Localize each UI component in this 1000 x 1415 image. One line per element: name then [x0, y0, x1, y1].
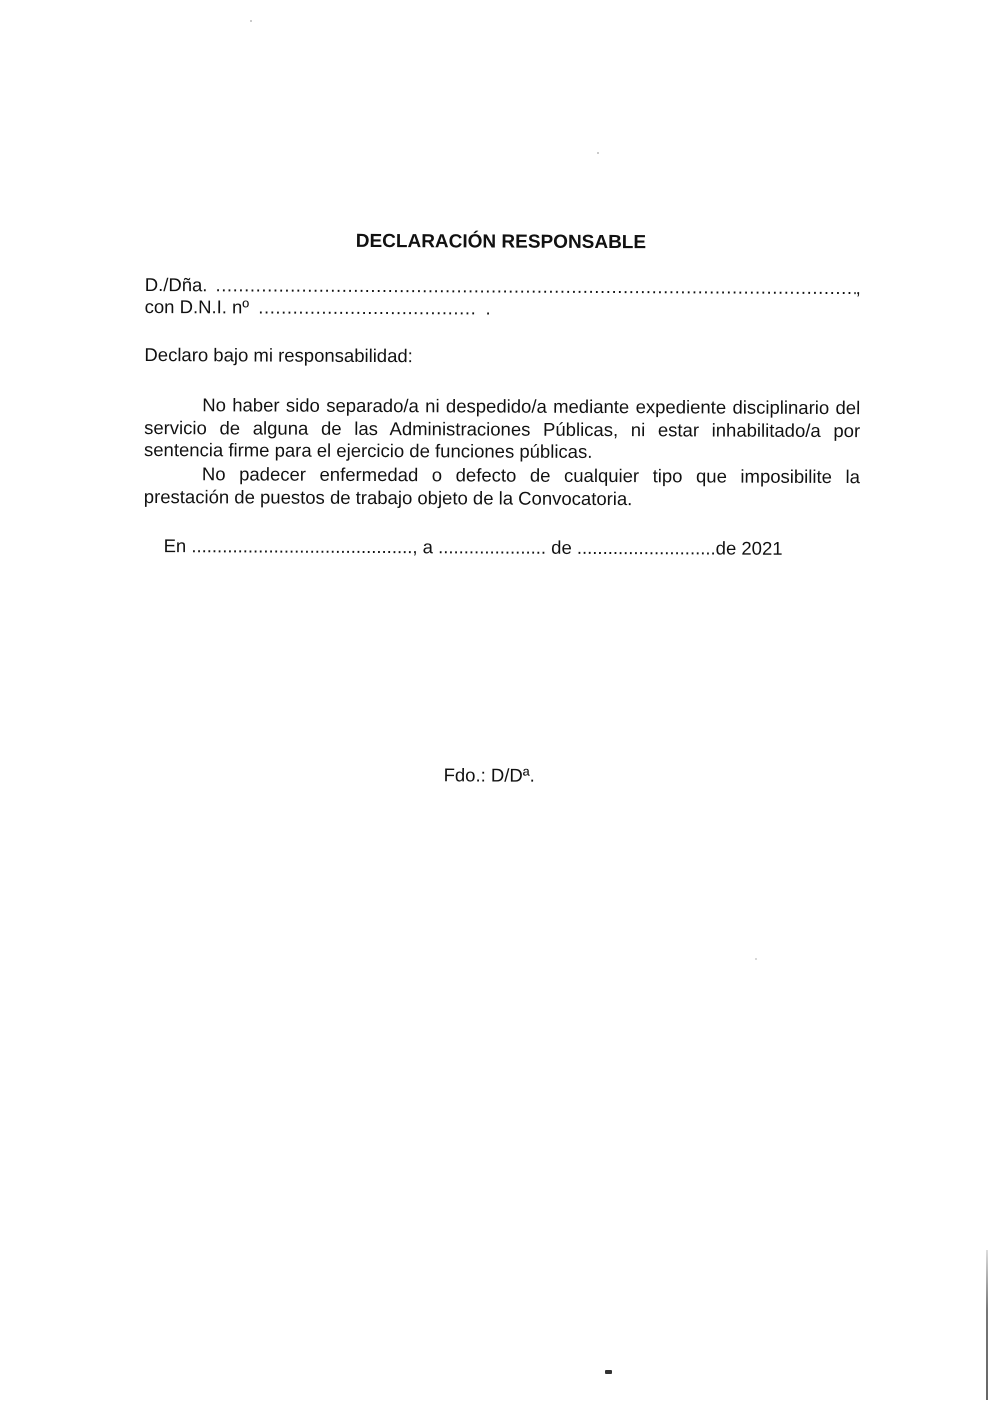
- name-end: ,: [856, 277, 861, 299]
- declaration-paragraph-1: No haber sido separado/a ni despedido/a …: [144, 394, 860, 465]
- place-date-line[interactable]: En .....................................…: [164, 535, 783, 560]
- document-body: DECLARACIÓN RESPONSABLE D./Dña. ........…: [146, 0, 862, 3]
- declaration-intro: Declaro bajo mi responsabilidad:: [144, 344, 412, 367]
- signature-line: Fdo.: D/Dª.: [444, 764, 535, 786]
- declaration-paragraph-2: No padecer enfermedad o defecto de cualq…: [144, 463, 860, 511]
- dni-end: .: [485, 297, 490, 318]
- scan-mark: [605, 1370, 612, 1374]
- dni-blank[interactable]: ......................................: [258, 296, 476, 318]
- name-label: D./Dña.: [145, 274, 208, 296]
- scan-speck: [250, 20, 252, 22]
- name-blank[interactable]: ........................................…: [215, 274, 855, 299]
- scan-speck: [597, 152, 599, 154]
- document-title: DECLARACIÓN RESPONSABLE: [143, 230, 859, 255]
- dni-label: con D.N.I. nº: [145, 296, 250, 317]
- dni-field-row: con D.N.I. nº ..........................…: [145, 296, 491, 320]
- scan-edge-line: [986, 1250, 988, 1400]
- name-field-row: D./Dña. ................................…: [145, 274, 861, 299]
- scan-speck: [755, 958, 757, 960]
- document-page: DECLARACIÓN RESPONSABLE D./Dña. ........…: [0, 0, 1000, 1415]
